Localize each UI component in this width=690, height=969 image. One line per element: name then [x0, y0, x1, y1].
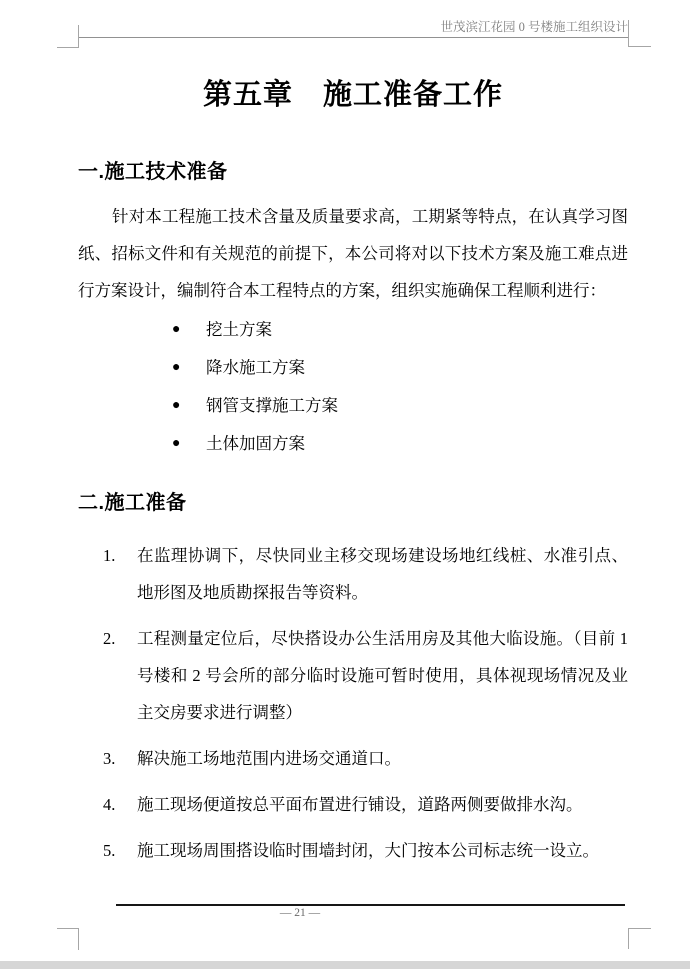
bullet-icon: ●	[172, 349, 206, 387]
scheme-bullet-list: ● 挖土方案 ● 降水施工方案 ● 钢管支撑施工方案 ● 土体加固方案	[172, 311, 628, 463]
bullet-icon: ●	[172, 311, 206, 349]
section-1-heading: 一.施工技术准备	[78, 155, 228, 184]
list-item-number: 1.	[103, 537, 137, 611]
page-header-text: 世茂滨江花园 0 号楼施工组织设计	[78, 19, 628, 36]
list-item-text: 施工现场便道按总平面布置进行铺设，道路两侧要做排水沟。	[137, 786, 628, 823]
numbered-list-item: 5. 施工现场周围搭设临时围墙封闭，大门按本公司标志统一设立。	[103, 832, 628, 869]
header-divider	[78, 37, 629, 38]
bullet-icon: ●	[172, 425, 206, 463]
numbered-list-item: 4. 施工现场便道按总平面布置进行铺设，道路两侧要做排水沟。	[103, 786, 628, 823]
list-item-number: 3.	[103, 740, 137, 777]
text-boundary-mark-top-right-horizontal	[628, 46, 651, 47]
text-boundary-mark-bottom-left-horizontal	[57, 928, 78, 929]
list-item-number: 5.	[103, 832, 137, 869]
bullet-item: ● 钢管支撑施工方案	[172, 387, 628, 425]
list-item-text: 解决施工场地范围内进场交通道口。	[137, 740, 628, 777]
text-boundary-mark-bottom-left-vertical	[78, 928, 79, 950]
section-2-heading: 二.施工准备	[78, 486, 187, 515]
numbered-list-item: 3. 解决施工场地范围内进场交通道口。	[103, 740, 628, 777]
list-item-text: 工程测量定位后，尽快搭设办公生活用房及其他大临设施。（目前 1 号楼和 2 号会…	[137, 620, 628, 731]
preparation-numbered-list: 1. 在监理协调下，尽快同业主移交现场建设场地红线桩、水准引点、地形图及地质勘探…	[103, 537, 628, 878]
text-boundary-mark-top-right-vertical	[628, 20, 629, 47]
intro-paragraph: 针对本工程施工技术含量及质量要求高，工期紧等特点，在认真学习图纸、招标文件和有关…	[78, 198, 628, 309]
bullet-item-label: 土体加固方案	[206, 425, 305, 463]
page-bottom-gap	[0, 961, 690, 969]
numbered-list-item: 1. 在监理协调下，尽快同业主移交现场建设场地红线桩、水准引点、地形图及地质勘探…	[103, 537, 628, 611]
list-item-number: 2.	[103, 620, 137, 731]
numbered-list-item: 2. 工程测量定位后，尽快搭设办公生活用房及其他大临设施。（目前 1 号楼和 2…	[103, 620, 628, 731]
bullet-item-label: 降水施工方案	[206, 349, 305, 387]
text-boundary-mark-top-left-horizontal	[57, 47, 78, 48]
bullet-item-label: 钢管支撑施工方案	[206, 387, 338, 425]
footer-divider	[116, 904, 625, 906]
text-boundary-mark-bottom-right-horizontal	[628, 928, 651, 929]
list-item-number: 4.	[103, 786, 137, 823]
page-number: — 21 —	[240, 906, 360, 920]
list-item-text: 施工现场周围搭设临时围墙封闭，大门按本公司标志统一设立。	[137, 832, 628, 869]
list-item-text: 在监理协调下，尽快同业主移交现场建设场地红线桩、水准引点、地形图及地质勘探报告等…	[137, 537, 628, 611]
document-page: 世茂滨江花园 0 号楼施工组织设计 第五章 施工准备工作 一.施工技术准备 针对…	[0, 0, 690, 969]
bullet-icon: ●	[172, 387, 206, 425]
chapter-title: 第五章 施工准备工作	[78, 72, 628, 113]
text-boundary-mark-top-left-vertical	[78, 25, 79, 48]
bullet-item: ● 挖土方案	[172, 311, 628, 349]
bullet-item-label: 挖土方案	[206, 311, 272, 349]
bullet-item: ● 降水施工方案	[172, 349, 628, 387]
bullet-item: ● 土体加固方案	[172, 425, 628, 463]
text-boundary-mark-bottom-right-vertical	[628, 928, 629, 949]
